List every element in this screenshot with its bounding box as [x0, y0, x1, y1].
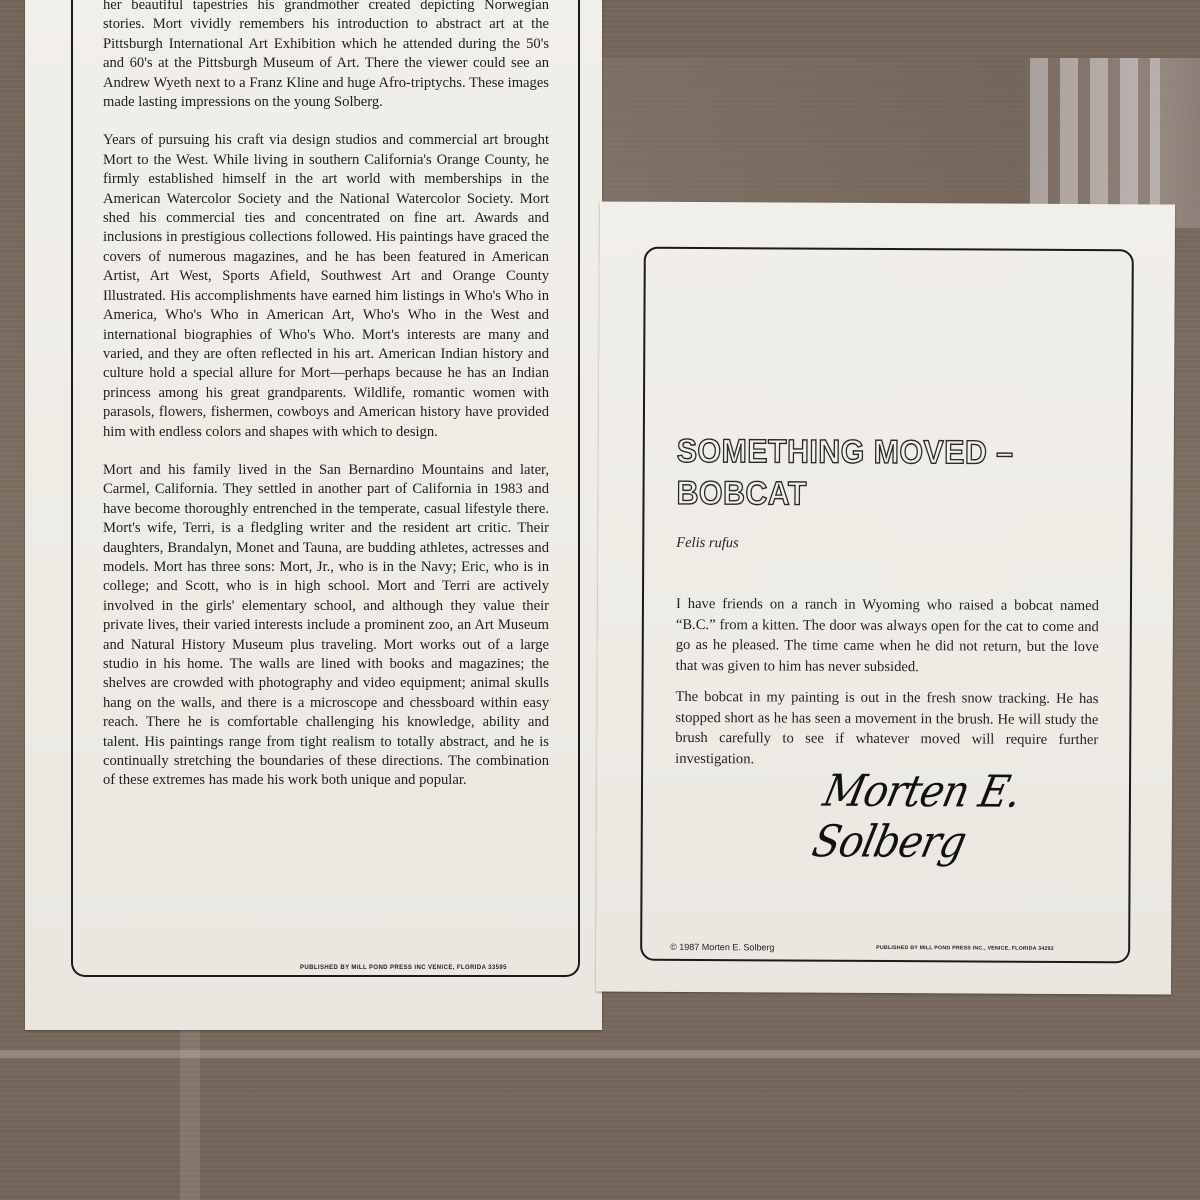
bio-paragraph: Mort and his family lived in the San Ber… — [103, 461, 549, 791]
story-paragraph: I have friends on a ranch in Wyoming who… — [676, 594, 1099, 678]
painting-story: I have friends on a ranch in Wyoming who… — [675, 594, 1099, 782]
artist-signature: Morten E. Solberg — [808, 766, 1183, 869]
publisher-credit: PUBLISHED BY MILL POND PRESS INC VENICE,… — [300, 965, 507, 971]
bio-paragraph: Years of pursuing his craft via design s… — [103, 131, 549, 442]
copyright-notice: © 1987 Morten E. Solberg — [670, 942, 774, 953]
packing-tape-vertical — [180, 1030, 200, 1200]
painting-title: SOMETHING MOVED – BOBCAT — [676, 430, 1063, 516]
species-latin-name: Felis rufus — [676, 535, 739, 552]
story-paragraph: The bobcat in my painting is out in the … — [675, 687, 1098, 771]
bio-paragraph: her beautiful tapestries his grandmother… — [103, 0, 549, 112]
painting-description-sheet: SOMETHING MOVED – BOBCAT Felis rufus I h… — [596, 202, 1175, 995]
publisher-credit: PUBLISHED BY MILL POND PRESS INC., VENIC… — [876, 945, 1054, 952]
biography-text: her beautiful tapestries his grandmother… — [103, 0, 549, 810]
artist-biography-sheet: her beautiful tapestries his grandmother… — [25, 0, 602, 1030]
